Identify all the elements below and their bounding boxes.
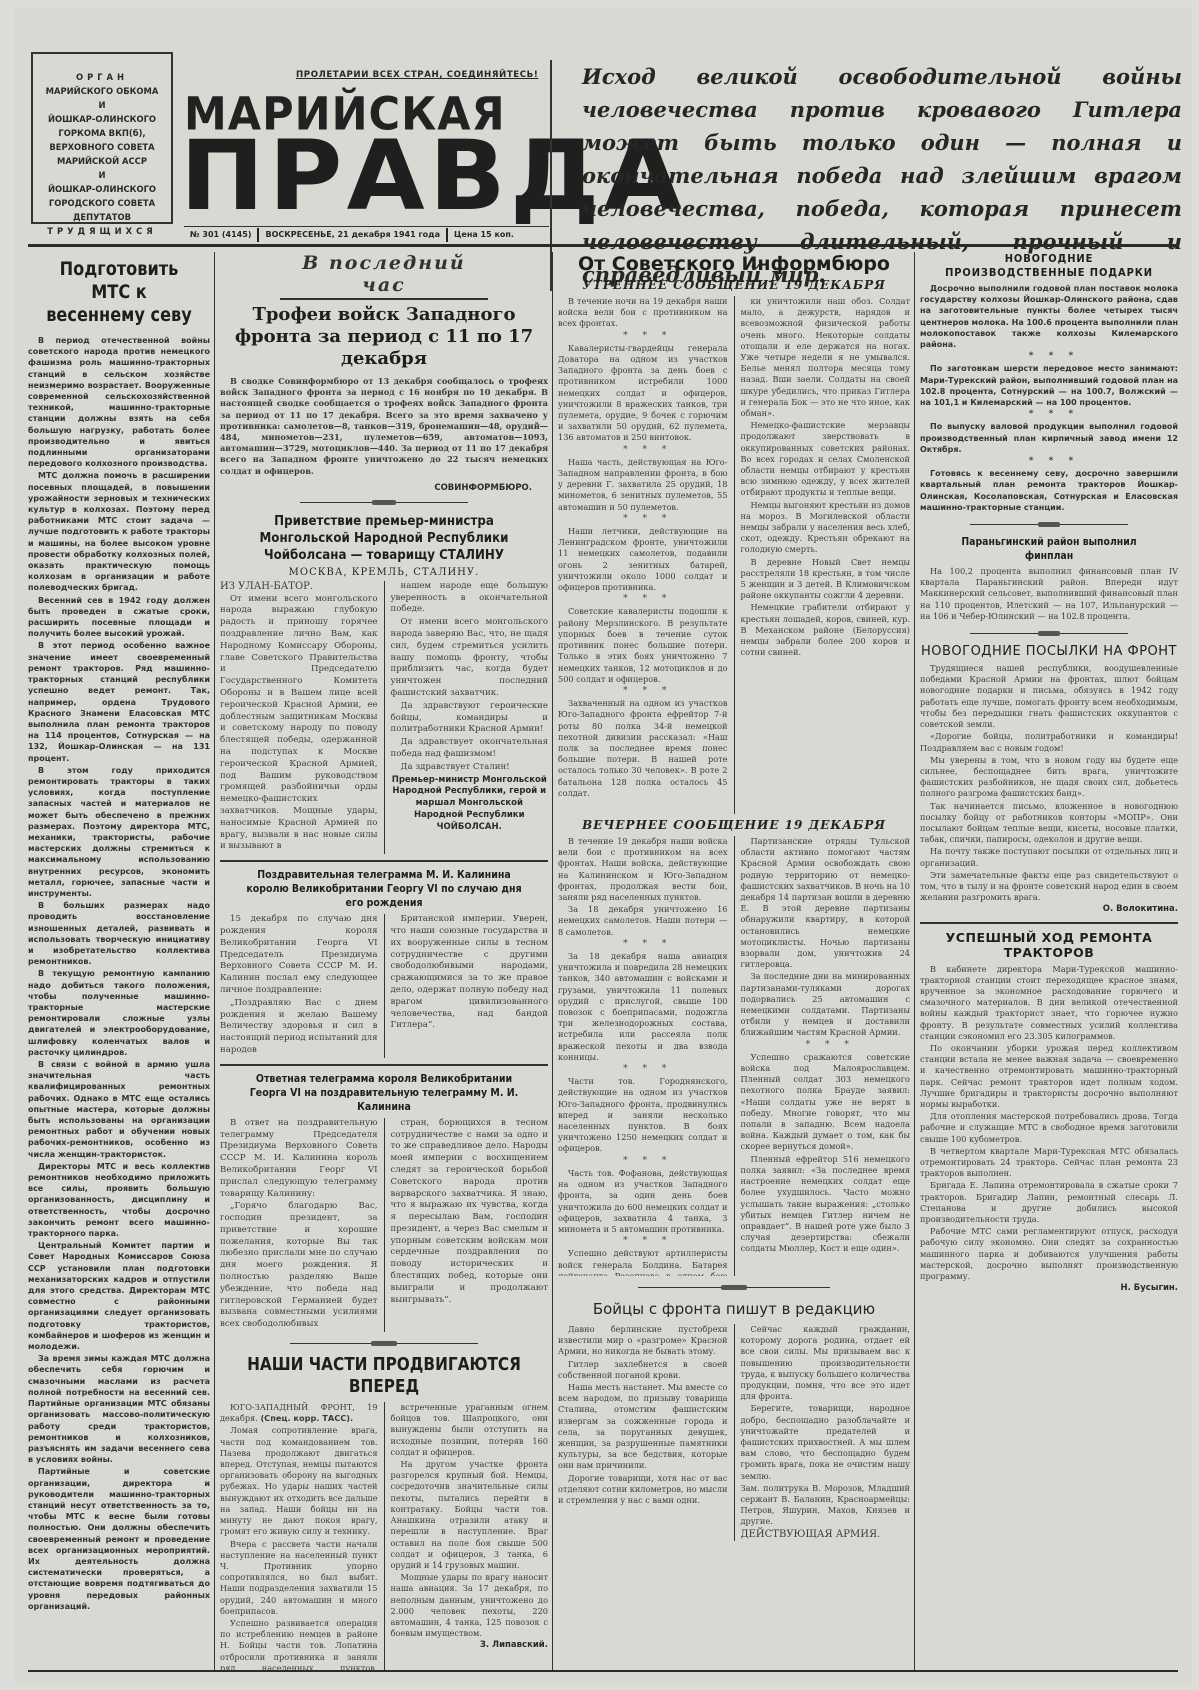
finplan-headline: Параньгинский район выполнил финплан (939, 535, 1158, 563)
column-rule (734, 836, 735, 1276)
paragraph: На почту также поступают посылки от отде… (920, 846, 1178, 868)
editorial-headline: Подготовить МТС к весеннему севу (42, 258, 197, 327)
paragraph: В течение ночи на 19 декабря наши войска… (558, 296, 728, 330)
parcels-headline: НОВОГОДНИЕ ПОСЫЛКИ НА ФРОНТ (920, 644, 1178, 660)
paragraph: Директоры МТС и весь коллектив ремонтник… (28, 1161, 210, 1239)
paragraph: Да здравствует Сталин! (391, 762, 549, 774)
bottom-rule (28, 1670, 1178, 1672)
advance-left: ЮГО-ЗАПАДНЫЙ ФРОНТ, 19 декабря. (Спец. к… (220, 1402, 378, 1672)
paragraph: Для отопления мастерской потребовались д… (920, 1111, 1178, 1145)
ornament-divider (290, 1340, 478, 1348)
morning-right: ки уничтожили наш обоз. Солдат мало, а д… (741, 296, 911, 814)
paragraph: В больших размерах надо проводить восста… (28, 900, 210, 967)
george-reply-body: В ответ на поздравительную телеграмму Пр… (220, 1118, 548, 1332)
paragraph: Трудящиеся нашей республики, воодушевлен… (920, 663, 1178, 730)
publisher-box: ОРГАН МАРИЙСКОГО ОБКОМА И ЙОШКАР-ОЛИНСКО… (31, 52, 173, 224)
trophies-body: В сводке Совинформбюро от 13 декабря соо… (220, 376, 548, 477)
paragraph: Немецко-фашистские мерзавцы продолжают з… (741, 420, 911, 498)
paragraph: Немцы выгоняют крестьян из домов на моро… (741, 500, 911, 556)
paragraph: Готовясь к весеннему севу, досрочно заве… (920, 468, 1178, 513)
mongolia-headline: Приветствие премьер-министра Монгольской… (240, 513, 529, 564)
paragraph: За время зимы каждая МТС должна обеспечи… (28, 1353, 210, 1465)
gifts-body: Досрочно выполнили годовой план поставок… (920, 283, 1178, 513)
author-signature: О. Волокитина. (920, 904, 1178, 915)
separator-stars: * * * (558, 1064, 728, 1075)
paragraph: По выпуску валовой продукции выполнил го… (920, 421, 1178, 455)
paragraph: В период отечественной войны советского … (28, 335, 210, 469)
paragraph: В этом году приходится ремонтировать тра… (28, 765, 210, 899)
separator-stars: * * * (920, 409, 1178, 420)
party-slogan: ПРОЛЕТАРИИ ВСЕХ СТРАН, СОЕДИНЯЙТЕСЬ! (296, 70, 538, 80)
paragraph: Части тов. Городнянского, действующие на… (558, 1076, 728, 1154)
sovinformburo-signature: СОВИНФОРМБЮРО. (220, 483, 532, 493)
organ-line: ГОРОДСКОГО СОВЕТА (33, 196, 171, 210)
parcels-body: Трудящиеся нашей республики, воодушевлен… (920, 663, 1178, 915)
separator-stars: * * * (558, 1156, 728, 1167)
organ-line: МАРИЙСКОЙ АССР (33, 154, 171, 168)
column-rule (914, 252, 915, 1672)
paragraph: Мощные удары по врагу наносит наша авиац… (391, 1572, 549, 1639)
separator-stars: * * * (920, 351, 1178, 362)
masthead-divider (28, 244, 1178, 247)
trophies-headline: Трофеи войск Западного фронта за период … (220, 304, 548, 370)
column-rule (734, 1324, 735, 1541)
column-rule (384, 1118, 385, 1332)
organ-line: МАРИЙСКОГО ОБКОМА (33, 84, 171, 98)
letter-body: Давно берлинские пустобрехи известили ми… (558, 1324, 910, 1541)
organ-line: ГОРКОМА ВКП(б), (33, 126, 171, 140)
paragraph: Наши летчики, действующие на Ленинградск… (558, 526, 728, 593)
ornament-divider (970, 521, 1128, 529)
advance-right: встреченные ураганным огнем бойцов тов. … (391, 1402, 549, 1672)
letter-signers: Зам. политрука В. Морозов, Младший сержа… (741, 1483, 911, 1528)
paragraph: От имени всего монгольского народа завер… (391, 617, 549, 700)
separator-stars: * * * (741, 1040, 911, 1051)
paragraph: Гитлер захлебнется в своей собственной п… (558, 1359, 728, 1381)
paragraph: Британской империи. Уверен, что наши сою… (391, 914, 549, 1032)
paragraph: Весенний сев в 1942 году должен быть про… (28, 595, 210, 640)
morning-report-title: УТРЕННЕЕ СООБЩЕНИЕ 19 ДЕКАБРЯ (558, 278, 910, 292)
paragraph: Кавалеристы-гвардейцы генерала Доватора … (558, 343, 728, 444)
paragraph: По окончании уборки урожая перед коллект… (920, 1043, 1178, 1110)
mongolia-left: ИЗ УЛАН-БАТОР. От имени всего монгольско… (220, 581, 378, 854)
author-signature: Н. Бусыгин. (920, 1283, 1178, 1294)
paragraph: Захваченный на одном из участков Юго-Зап… (558, 698, 728, 799)
paragraph: В кабинете директора Мари-Турекской маши… (920, 964, 1178, 1042)
paragraph: За 18 декабря уничтожено 16 немецких сам… (558, 904, 728, 938)
separator-stars: * * * (558, 1236, 728, 1247)
paragraph: МТС должна помочь в расширении посевных … (28, 470, 210, 593)
organ-line: ВЕРХОВНОГО СОВЕТА (33, 140, 171, 154)
newspaper-page: ОРГАН МАРИЙСКОГО ОБКОМА И ЙОШКАР-ОЛИНСКО… (14, 8, 1192, 1684)
column-news: В последний час Трофеи войск Западного ф… (220, 252, 548, 1672)
kalinin-left: 15 декабря по случаю дня рождения короля… (220, 914, 378, 1058)
organ-line: ЙОШКАР-ОЛИНСКОГО (33, 112, 171, 126)
paragraph: По заготовкам шерсти передовое место зан… (920, 363, 1178, 408)
paragraph: Досрочно выполнили годовой план поставок… (920, 283, 1178, 350)
byline: (Спец. корр. ТАСС). (260, 1413, 353, 1423)
ornament-divider (300, 499, 468, 507)
paragraph: Да здравствует окончательная победа над … (391, 737, 549, 761)
paragraph: Вчера с рассвета части начали наступлени… (220, 1539, 378, 1617)
letter-signoff: ДЕЙСТВУЮЩАЯ АРМИЯ. (741, 1529, 911, 1540)
paragraph: Наша месть настанет. Мы вместе со всем н… (558, 1382, 728, 1472)
separator-stars: * * * (558, 594, 728, 605)
sovinform-headline: От Советского Информбюро (558, 252, 910, 276)
paragraph: В деревне Новый Свет немцы расстреляли 1… (741, 557, 911, 602)
dateline: ИЗ УЛАН-БАТОР. (220, 581, 378, 593)
morning-left: В течение ночи на 19 декабря наши войска… (558, 296, 728, 814)
organ-line: ТРУДЯЩИХСЯ (33, 224, 171, 238)
letter-headline: Бойцы с фронта пишут в редакцию (558, 1300, 910, 1318)
section-divider (220, 1064, 548, 1066)
mongolia-body: ИЗ УЛАН-БАТОР. От имени всего монгольско… (220, 581, 548, 854)
column-rule (384, 1402, 385, 1672)
paragraph: За последние дни на минированных партиза… (741, 971, 911, 1038)
finplan-body: На 100,2 процента выполнил финансовый пл… (920, 566, 1178, 622)
organ-line: И (33, 168, 171, 182)
section-divider (920, 922, 1178, 924)
paragraph: встреченные ураганным огнем бойцов тов. … (391, 1402, 549, 1458)
mongolia-right: нашем народе еще большую уверенность в о… (391, 581, 549, 854)
column-rule (552, 252, 553, 1672)
letter-right: Сейчас каждый гражданин, которому дорога… (741, 1324, 911, 1541)
paragraph: В ответ на поздравительную телеграмму Пр… (220, 1118, 378, 1201)
organ-line: ДЕПУТАТОВ (33, 210, 171, 224)
paragraph: Дорогие товарищи, хотя нас от вас отделя… (558, 1473, 728, 1507)
column-rule (734, 296, 735, 814)
issue-number: № 301 (4145) (184, 230, 257, 239)
evening-left: В течение 19 декабря наши войска вели бо… (558, 836, 728, 1276)
paragraph: Сейчас каждый гражданин, которому дорога… (741, 1324, 911, 1402)
separator-stars: * * * (920, 456, 1178, 467)
paragraph: В этот период особенно важное значение и… (28, 640, 210, 763)
kalinin-headline: Поздравительная телеграмма М. И. Калинин… (236, 868, 531, 910)
paragraph: стран, борющихся в тесном сотрудничестве… (391, 1118, 549, 1307)
paragraph: Берегите, товарищи, народное добро, бесп… (741, 1403, 911, 1481)
organ-line: И (33, 98, 171, 112)
issue-date: ВОСКРЕСЕНЬЕ, 21 декабря 1941 года (259, 230, 446, 239)
paragraph: В четвертом квартале Мари-Турекская МТС … (920, 1146, 1178, 1180)
editorial-body: В период отечественной войны советского … (28, 335, 210, 1612)
repair-headline: УСПЕШНЫЙ ХОД РЕМОНТА ТРАКТОРОВ (920, 930, 1178, 960)
mongolia-address: МОСКВА, КРЕМЛЬ, СТАЛИНУ. (220, 567, 548, 578)
paragraph: Часть тов. Фофанова, действующая на одно… (558, 1168, 728, 1235)
column-rule (384, 581, 385, 854)
paragraph: Немецкие грабители отбирают у крестьян л… (741, 602, 911, 658)
paragraph: нашем народе еще большую уверенность в о… (391, 581, 549, 616)
paragraph: Ломая сопротивление врага, части под ком… (220, 1425, 378, 1537)
separator-stars: * * * (558, 514, 728, 525)
paragraph: Давно берлинские пустобрехи известили ми… (558, 1324, 728, 1358)
ornament-divider (638, 1284, 830, 1292)
evening-report-body: В течение 19 декабря наши войска вели бо… (558, 836, 910, 1276)
separator-stars: * * * (558, 686, 728, 697)
paragraph: Эти замечательные факты еще раз свидетел… (920, 870, 1178, 904)
george-reply-headline: Ответная телеграмма короля Великобритани… (236, 1072, 531, 1114)
section-divider (220, 860, 548, 862)
paragraph: „Поздравляю Вас с днем рождения и желаю … (220, 998, 378, 1057)
paragraph: Наша часть, действующая на Юго-Западном … (558, 457, 728, 513)
letter-left: Давно берлинские пустобрехи известили ми… (558, 1324, 728, 1541)
separator-stars: * * * (558, 445, 728, 456)
paragraph: «Дорогие бойцы, политработники и команди… (920, 731, 1178, 753)
column-local-news: НОВОГОДНИЕ ПРОИЗВОДСТВЕННЫЕ ПОДАРКИ Доср… (920, 252, 1178, 1672)
paragraph: Успешно развивается операция по истребле… (220, 1618, 378, 1672)
gifts-headline: НОВОГОДНИЕ ПРОИЗВОДСТВЕННЫЕ ПОДАРКИ (933, 252, 1165, 280)
organ-line: ЙОШКАР-ОЛИНСКОГО (33, 182, 171, 196)
ornament-divider (970, 630, 1128, 638)
paragraph: Советские кавалеристы подошли к району М… (558, 606, 728, 684)
column-mts-editorial: Подготовить МТС к весеннему севу В перио… (28, 252, 210, 1672)
issue-price: Цена 15 коп. (448, 230, 520, 239)
paragraph: В текущую ремонтную кампанию надо добить… (28, 968, 210, 1058)
paragraph: „Горячо благодарю Вас, господин президен… (220, 1201, 378, 1331)
paragraph: ки уничтожили наш обоз. Солдат мало, а д… (741, 296, 911, 419)
issue-info-bar: № 301 (4145) ВОСКРЕСЕНЬЕ, 21 декабря 194… (184, 226, 549, 242)
paragraph: На другом участке фронта разгорелся круп… (391, 1459, 549, 1571)
paragraph: В связи с войной в армию ушла значительн… (28, 1059, 210, 1160)
paragraph: Успешно действуют артиллеристы войск ген… (558, 1248, 728, 1276)
organ-line: ОРГАН (33, 70, 171, 84)
separator-stars: * * * (558, 939, 728, 950)
paragraph: Центральный Комитет партии и Совет Народ… (28, 1240, 210, 1352)
paragraph: Мы уверены в том, что в новом году вы бу… (920, 755, 1178, 800)
paragraph: Да здравствуют героические бойцы, команд… (391, 701, 549, 736)
paragraph: Партизанские отряды Тульской области акт… (741, 836, 911, 970)
advance-headline: НАШИ ЧАСТИ ПРОДВИГАЮТСЯ ВПЕРЕД (245, 1354, 524, 1398)
paragraph: Пленный ефрейтор 516 немецкого полка зая… (741, 1154, 911, 1255)
choibalsan-signature: Премьер-министр Монгольской Народной Рес… (391, 775, 549, 834)
paragraph: От имени всего монгольского народа выраж… (220, 594, 378, 854)
author-signature: З. Липавский. (391, 1640, 549, 1651)
paragraph: Успешно сражаются советские войска под М… (741, 1052, 911, 1153)
paragraph: В течение 19 декабря наши войска вели бо… (558, 836, 728, 903)
kalinin-right: Британской империи. Уверен, что наши сою… (391, 914, 549, 1058)
repair-body: В кабинете директора Мари-Турекской маши… (920, 964, 1178, 1295)
paragraph: Рабочие МТС сами регламентируют отпуск, … (920, 1226, 1178, 1282)
evening-right: Партизанские отряды Тульской области акт… (741, 836, 911, 1276)
paragraph: За 18 декабря наша авиация уничтожила и … (558, 951, 728, 1063)
paragraph: Так начинается письмо, вложенное в новог… (920, 801, 1178, 846)
morning-report-body: В течение ночи на 19 декабря наши войска… (558, 296, 910, 814)
paragraph: Бригада Е. Лапина отремонтировала в сжат… (920, 1180, 1178, 1225)
advance-body: ЮГО-ЗАПАДНЫЙ ФРОНТ, 19 декабря. (Спец. к… (220, 1402, 548, 1672)
kalinin-body: 15 декабря по случаю дня рождения короля… (220, 914, 548, 1058)
column-rule (384, 914, 385, 1058)
evening-report-title: ВЕЧЕРНЕЕ СООБЩЕНИЕ 19 ДЕКАБРЯ (558, 818, 910, 832)
george-right: стран, борющихся в тесном сотрудничестве… (391, 1118, 549, 1332)
separator-stars: * * * (558, 331, 728, 342)
paragraph: Партийные и советские организации, дирек… (28, 1466, 210, 1612)
column-rule (214, 252, 215, 1672)
column-sovinformburo: От Советского Информбюро УТРЕННЕЕ СООБЩЕ… (558, 252, 910, 1672)
latest-hour-kicker: В последний час (280, 252, 488, 300)
george-left: В ответ на поздравительную телеграмму Пр… (220, 1118, 378, 1332)
paragraph: 15 декабря по случаю дня рождения короля… (220, 914, 378, 997)
